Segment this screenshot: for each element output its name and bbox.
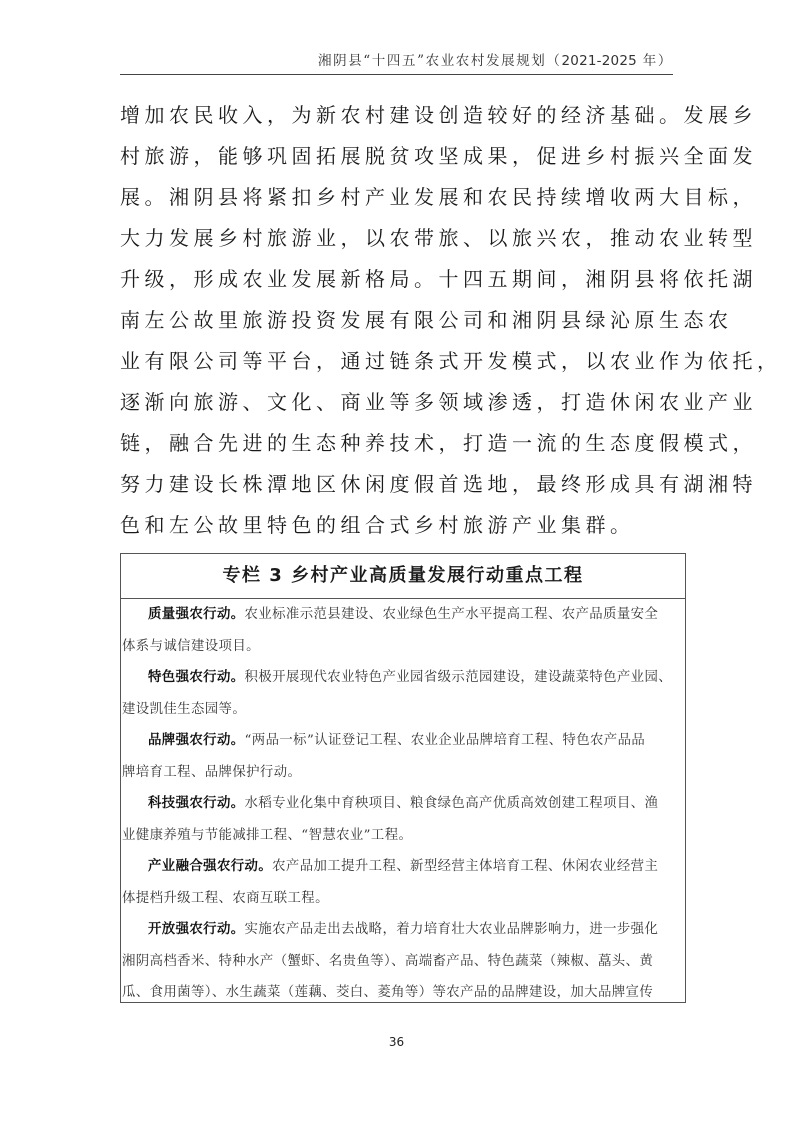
header-title-prefix: 湘阴县“十四五”农业农村发展规划（	[318, 53, 562, 69]
item-text: 湘阴高档香米、特种水产（蟹虾、名贵鱼等）、高端畜产品、特色蔬菜（辣椒、藠头、黄	[122, 946, 685, 978]
box-body: 质量强农行动。农业标准示范县建设、农业绿色生产水平提高工程、农产品质量安全 体系…	[121, 599, 685, 1009]
item-lead: 特色强农行动。	[122, 669, 245, 685]
body-line: 大力发展乡村旅游业，以农带旅、以旅兴农，推动农业转型	[120, 218, 692, 259]
body-line: 色和左公故里特色的组合式乡村旅游产业集群。	[120, 505, 692, 546]
box-title: 专栏 3 乡村产业高质量发展行动重点工程	[121, 554, 685, 599]
body-line: 升级，形成农业发展新格局。十四五期间，湘阴县将依托湖	[120, 259, 692, 300]
body-line: 逐渐向旅游、文化、商业等多领域渗透，打造休闲农业产业	[120, 382, 692, 423]
header-title-suffix: 年）	[637, 53, 673, 69]
action-item-integration: 产业融合强农行动。农产品加工提升工程、新型经营主体培育工程、休闲农业经营主 体提…	[122, 851, 685, 914]
item-text: 瓜、食用菌等）、水生蔬菜（莲藕、茭白、菱角等）等农产品的品牌建设，加大品牌宣传	[122, 977, 685, 1009]
body-line: 业有限公司等平台，通过链条式开发模式，以农业作为依托，	[120, 341, 692, 382]
body-line: 村旅游，能够巩固拓展脱贫攻坚成果，促进乡村振兴全面发	[120, 136, 692, 177]
action-item-quality: 质量强农行动。农业标准示范县建设、农业绿色生产水平提高工程、农产品质量安全 体系…	[122, 599, 685, 662]
item-lead: 品牌强农行动。	[122, 732, 245, 748]
item-text: 建设凯佳生态园等。	[122, 694, 685, 726]
body-line: 努力建设长株潭地区休闲度假首选地，最终形成具有湖湘特	[120, 464, 692, 505]
page-number: 36	[0, 1035, 793, 1049]
action-item-brand: 品牌强农行动。“两品一标”认证登记工程、农业企业品牌培育工程、特色农产品品 牌培…	[122, 725, 685, 788]
body-line: 增加农民收入，为新农村建设创造较好的经济基础。发展乡	[120, 95, 692, 136]
item-text: 体系与诚信建设项目。	[122, 631, 685, 663]
running-header: 湘阴县“十四五”农业农村发展规划（2021-2025 年）	[120, 50, 673, 75]
feature-box: 专栏 3 乡村产业高质量发展行动重点工程 质量强农行动。农业标准示范县建设、农业…	[120, 553, 686, 1003]
item-text: 业健康养殖与节能减排工程、“智慧农业”工程。	[122, 820, 685, 852]
item-lead: 产业融合强农行动。	[122, 858, 272, 874]
action-item-openness: 开放强农行动。实施农产品走出去战略，着力培育壮大农业品牌影响力，进一步强化 湘阴…	[122, 914, 685, 1009]
item-text: 积极开展现代农业特色产业园省级示范园建设，建设蔬菜特色产业园、	[245, 670, 673, 685]
item-text: 农业标准示范县建设、农业绿色生产水平提高工程、农产品质量安全	[245, 607, 659, 622]
action-item-specialty: 特色强农行动。积极开展现代农业特色产业园省级示范园建设，建设蔬菜特色产业园、 建…	[122, 662, 685, 725]
item-lead: 开放强农行动。	[122, 921, 245, 937]
item-text: 体提档升级工程、农商互联工程。	[122, 883, 685, 915]
item-text: 牌培育工程、品牌保护行动。	[122, 757, 685, 789]
action-item-technology: 科技强农行动。水稻专业化集中育秧项目、粮食绿色高产优质高效创建工程项目、渔 业健…	[122, 788, 685, 851]
item-text: 农产品加工提升工程、新型经营主体培育工程、休闲农业经营主	[272, 859, 658, 874]
item-lead: 质量强农行动。	[122, 606, 245, 622]
header-title-years: 2021-2025	[562, 53, 637, 69]
item-text: 实施农产品走出去战略，着力培育壮大农业品牌影响力，进一步强化	[245, 922, 659, 937]
item-text: “两品一标”认证登记工程、农业企业品牌培育工程、特色农产品品	[245, 733, 646, 748]
body-paragraph: 增加农民收入，为新农村建设创造较好的经济基础。发展乡 村旅游，能够巩固拓展脱贫攻…	[120, 95, 692, 546]
item-lead: 科技强农行动。	[122, 795, 245, 811]
body-line: 南左公故里旅游投资发展有限公司和湘阴县绿沁原生态农	[120, 300, 692, 341]
body-line: 展。湘阴县将紧扣乡村产业发展和农民持续增收两大目标，	[120, 177, 692, 218]
body-line: 链，融合先进的生态种养技术，打造一流的生态度假模式，	[120, 423, 692, 464]
item-text: 水稻专业化集中育秧项目、粮食绿色高产优质高效创建工程项目、渔	[245, 796, 659, 811]
